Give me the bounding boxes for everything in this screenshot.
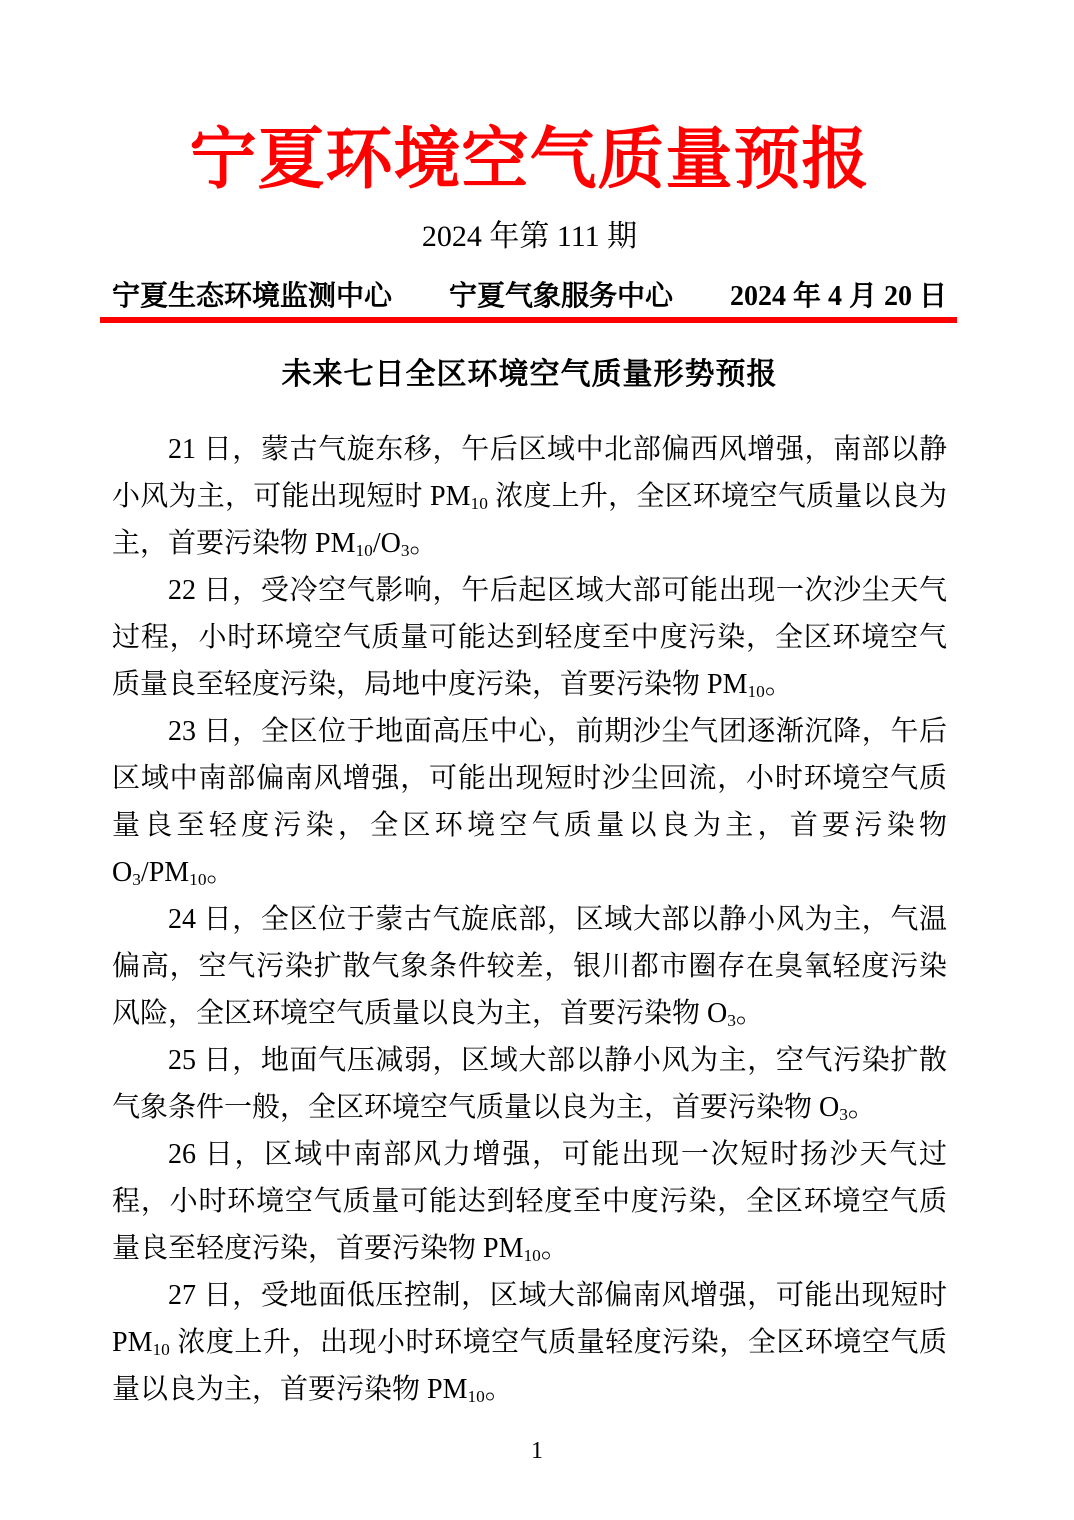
forecast-paragraph: 25 日，地面气压减弱，区域大部以静小风为主，空气污染扩散气象条件一般，全区环境… — [112, 1037, 947, 1131]
masthead: 宁夏生态环境监测中心 宁夏气象服务中心 2024 年 4 月 20 日 — [112, 280, 947, 314]
forecast-paragraph: 22 日，受冷空气影响，午后起区域大部可能出现一次沙尘天气过程，小时环境空气质量… — [112, 567, 947, 708]
document-page: 宁夏环境空气质量预报 2024 年第 111 期 宁夏生态环境监测中心 宁夏气象… — [0, 0, 1074, 1520]
forecast-paragraph: 27 日，受地面低压控制，区域大部偏南风增强，可能出现短时 PM10 浓度上升，… — [112, 1272, 947, 1413]
forecast-paragraphs: 21 日，蒙古气旋东移，午后区域中北部偏西风增强，南部以静小风为主，可能出现短时… — [112, 426, 947, 1413]
issue-number: 2024 年第 111 期 — [112, 219, 947, 255]
issuing-org-left: 宁夏生态环境监测中心 — [112, 280, 392, 314]
section-title: 未来七日全区环境空气质量形势预报 — [112, 356, 947, 394]
forecast-paragraph: 26 日，区域中南部风力增强，可能出现一次短时扬沙天气过程，小时环境空气质量可能… — [112, 1131, 947, 1272]
doc-title: 宁夏环境空气质量预报 — [112, 120, 947, 200]
red-divider-line — [100, 317, 957, 323]
issue-date: 2024 年 4 月 20 日 — [730, 280, 947, 314]
page-number: 1 — [0, 1438, 1074, 1464]
forecast-paragraph: 24 日，全区位于蒙古气旋底部，区域大部以静小风为主，气温偏高，空气污染扩散气象… — [112, 896, 947, 1037]
forecast-paragraph: 23 日，全区位于地面高压中心，前期沙尘气团逐渐沉降，午后区域中南部偏南风增强，… — [112, 708, 947, 896]
issuing-org-center: 宁夏气象服务中心 — [449, 280, 673, 314]
forecast-paragraph: 21 日，蒙古气旋东移，午后区域中北部偏西风增强，南部以静小风为主，可能出现短时… — [112, 426, 947, 567]
